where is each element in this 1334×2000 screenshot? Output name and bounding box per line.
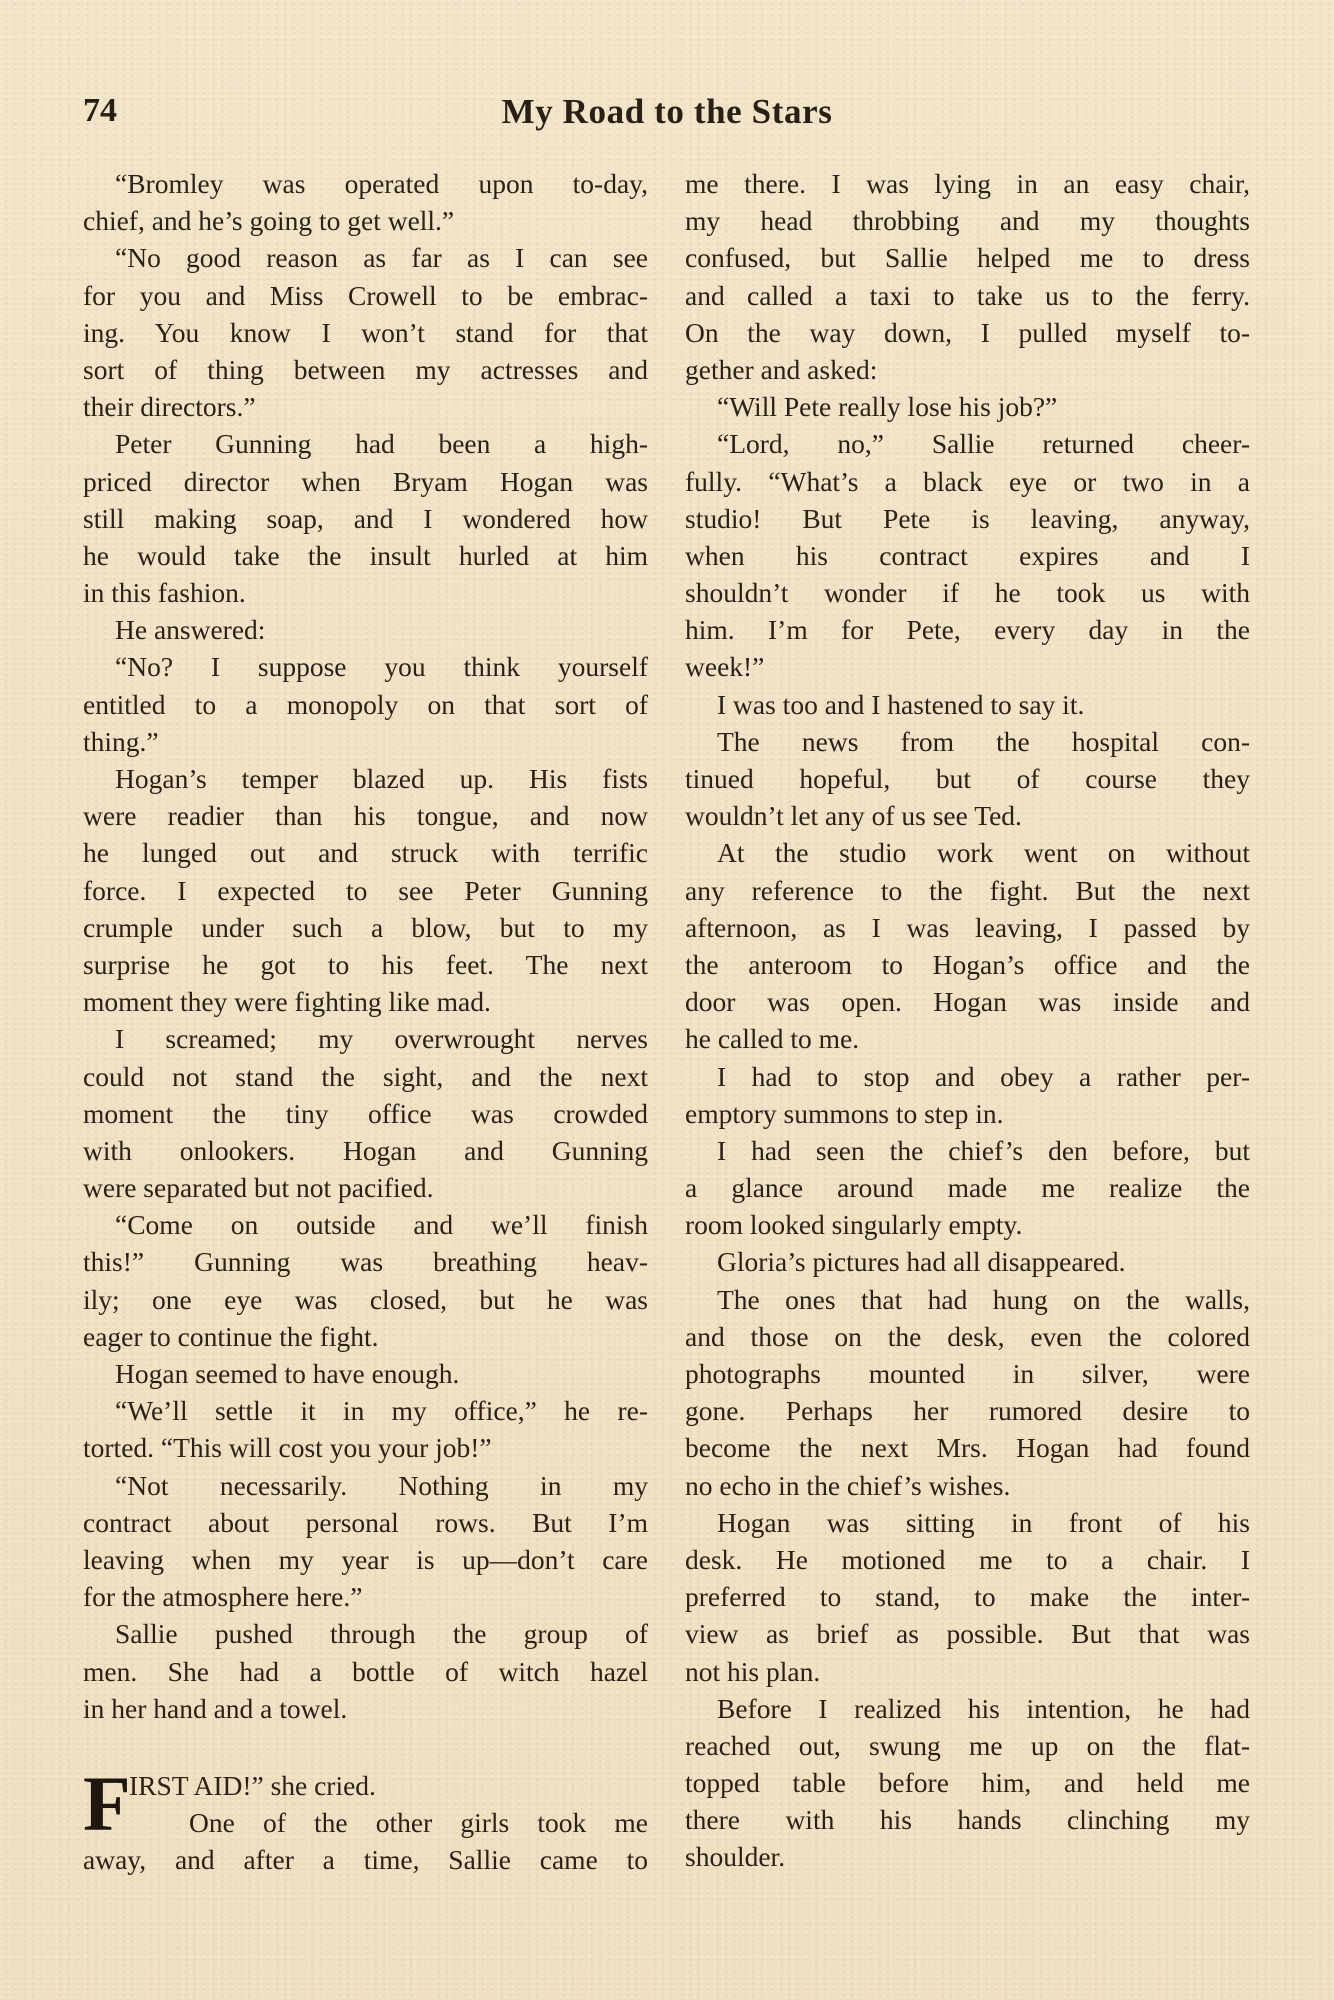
text-line: sort of thing between my actresses and	[83, 351, 648, 388]
text-line: their directors.”	[83, 388, 648, 425]
text-line: leaving when my year is up—don’t care	[83, 1541, 648, 1578]
text-line: tinued hopeful, but of course they	[685, 760, 1250, 797]
section-opening: FIRST AID!” she cried.One of the other g…	[83, 1767, 648, 1879]
text-line: him. I’m for Pete, every day in the	[685, 611, 1250, 648]
text-line: “Come on outside and we’ll finish	[83, 1206, 648, 1243]
text-line: priced director when Bryam Hogan was	[83, 463, 648, 500]
text-line: “Bromley was operated upon to-day,	[83, 165, 648, 202]
text-line: my head throbbing and my thoughts	[685, 202, 1250, 239]
text-line: could not stand the sight, and the next	[83, 1058, 648, 1095]
text-line: Sallie pushed through the group of	[83, 1615, 648, 1652]
text-line: photographs mounted in silver, were	[685, 1355, 1250, 1392]
text-line: I screamed; my overwrought nerves	[83, 1020, 648, 1057]
text-line: gone. Perhaps her rumored desire to	[685, 1392, 1250, 1429]
text-line: no echo in the chief’s wishes.	[685, 1467, 1250, 1504]
text-line: ing. You know I won’t stand for that	[83, 314, 648, 351]
right-column: me there. I was lying in an easy chair,m…	[685, 165, 1250, 1876]
text-line: surprise he got to his feet. The next	[83, 946, 648, 983]
text-line: he would take the insult hurled at him	[83, 537, 648, 574]
running-head: 74 My Road to the Stars	[83, 92, 1251, 132]
text-line: shoulder.	[685, 1838, 1250, 1875]
book-page: 74 My Road to the Stars “Bromley was ope…	[0, 0, 1334, 2000]
text-line: desk. He motioned me to a chair. I	[685, 1541, 1250, 1578]
text-line: force. I expected to see Peter Gunning	[83, 872, 648, 909]
text-line: me there. I was lying in an easy chair,	[685, 165, 1250, 202]
text-line: “Will Pete really lose his job?”	[685, 388, 1250, 425]
text-line: for the atmosphere here.”	[83, 1578, 648, 1615]
text-line: Gloria’s pictures had all disappeared.	[685, 1243, 1250, 1280]
text-line: crumple under such a blow, but to my	[83, 909, 648, 946]
text-line: away, and after a time, Sallie came to	[83, 1841, 648, 1878]
text-line: At the studio work went on without	[685, 834, 1250, 871]
text-line: studio! But Pete is leaving, anyway,	[685, 500, 1250, 537]
text-line: and those on the desk, even the colored	[685, 1318, 1250, 1355]
drop-cap: F	[83, 1769, 131, 1839]
text-line: he lunged out and struck with terrific	[83, 834, 648, 871]
text-line: contract about personal rows. But I’m	[83, 1504, 648, 1541]
text-line: there with his hands clinching my	[685, 1801, 1250, 1838]
text-line: gether and asked:	[685, 351, 1250, 388]
text-line: Before I realized his intention, he had	[685, 1690, 1250, 1727]
text-line: shouldn’t wonder if he took us with	[685, 574, 1250, 611]
text-line: “We’ll settle it in my office,” he re-	[83, 1392, 648, 1429]
text-line: I had to stop and obey a rather per-	[685, 1058, 1250, 1095]
text-line: eager to continue the fight.	[83, 1318, 648, 1355]
text-line: room looked singularly empty.	[685, 1206, 1250, 1243]
text-line: “Not necessarily. Nothing in my	[83, 1467, 648, 1504]
text-line: The ones that had hung on the walls,	[685, 1281, 1250, 1318]
text-line: torted. “This will cost you your job!”	[83, 1429, 648, 1466]
text-line: ily; one eye was closed, but he was	[83, 1281, 648, 1318]
section-break	[83, 1727, 648, 1767]
text-line: door was open. Hogan was inside and	[685, 983, 1250, 1020]
text-line: preferred to stand, to make the inter-	[685, 1578, 1250, 1615]
text-line: reached out, swung me up on the flat-	[685, 1727, 1250, 1764]
text-line: The news from the hospital con-	[685, 723, 1250, 760]
text-line: chief, and he’s going to get well.”	[83, 202, 648, 239]
text-line: view as brief as possible. But that was	[685, 1615, 1250, 1652]
text-line: this!” Gunning was breathing heav-	[83, 1243, 648, 1280]
text-line: I had seen the chief’s den before, but	[685, 1132, 1250, 1169]
text-line: and called a taxi to take us to the ferr…	[685, 277, 1250, 314]
text-line: fully. “What’s a black eye or two in a	[685, 463, 1250, 500]
text-line: Peter Gunning had been a high-	[83, 425, 648, 462]
text-line: were separated but not pacified.	[83, 1169, 648, 1206]
text-line: IRST AID!” she cried.	[83, 1767, 648, 1804]
text-line: One of the other girls took me	[83, 1804, 648, 1841]
text-line: confused, but Sallie helped me to dress	[685, 239, 1250, 276]
text-line: still making soap, and I wondered how	[83, 500, 648, 537]
text-line: become the next Mrs. Hogan had found	[685, 1429, 1250, 1466]
text-line: Hogan seemed to have enough.	[83, 1355, 648, 1392]
text-line: week!”	[685, 648, 1250, 685]
left-column: “Bromley was operated upon to-day,chief,…	[83, 165, 648, 1878]
text-line: entitled to a monopoly on that sort of	[83, 686, 648, 723]
text-line: “No? I suppose you think yourself	[83, 648, 648, 685]
text-line: Hogan was sitting in front of his	[685, 1504, 1250, 1541]
text-line: with onlookers. Hogan and Gunning	[83, 1132, 648, 1169]
text-line: He answered:	[83, 611, 648, 648]
running-title: My Road to the Stars	[83, 92, 1251, 132]
text-line: a glance around made me realize the	[685, 1169, 1250, 1206]
text-line: On the way down, I pulled myself to-	[685, 314, 1250, 351]
text-line: “No good reason as far as I can see	[83, 239, 648, 276]
text-line: wouldn’t let any of us see Ted.	[685, 797, 1250, 834]
text-line: when his contract expires and I	[685, 537, 1250, 574]
text-line: the anteroom to Hogan’s office and the	[685, 946, 1250, 983]
text-line: in this fashion.	[83, 574, 648, 611]
text-line: any reference to the fight. But the next	[685, 872, 1250, 909]
text-line: for you and Miss Crowell to be embrac-	[83, 277, 648, 314]
text-line: in her hand and a towel.	[83, 1690, 648, 1727]
text-line: emptory summons to step in.	[685, 1095, 1250, 1132]
text-line: Hogan’s temper blazed up. His fists	[83, 760, 648, 797]
text-line: “Lord, no,” Sallie returned cheer-	[685, 425, 1250, 462]
text-line: afternoon, as I was leaving, I passed by	[685, 909, 1250, 946]
text-line: moment they were fighting like mad.	[83, 983, 648, 1020]
text-line: not his plan.	[685, 1653, 1250, 1690]
text-line: were readier than his tongue, and now	[83, 797, 648, 834]
text-line: men. She had a bottle of witch hazel	[83, 1653, 648, 1690]
text-line: topped table before him, and held me	[685, 1764, 1250, 1801]
text-line: moment the tiny office was crowded	[83, 1095, 648, 1132]
text-line: I was too and I hastened to say it.	[685, 686, 1250, 723]
text-line: he called to me.	[685, 1020, 1250, 1057]
text-line: thing.”	[83, 723, 648, 760]
